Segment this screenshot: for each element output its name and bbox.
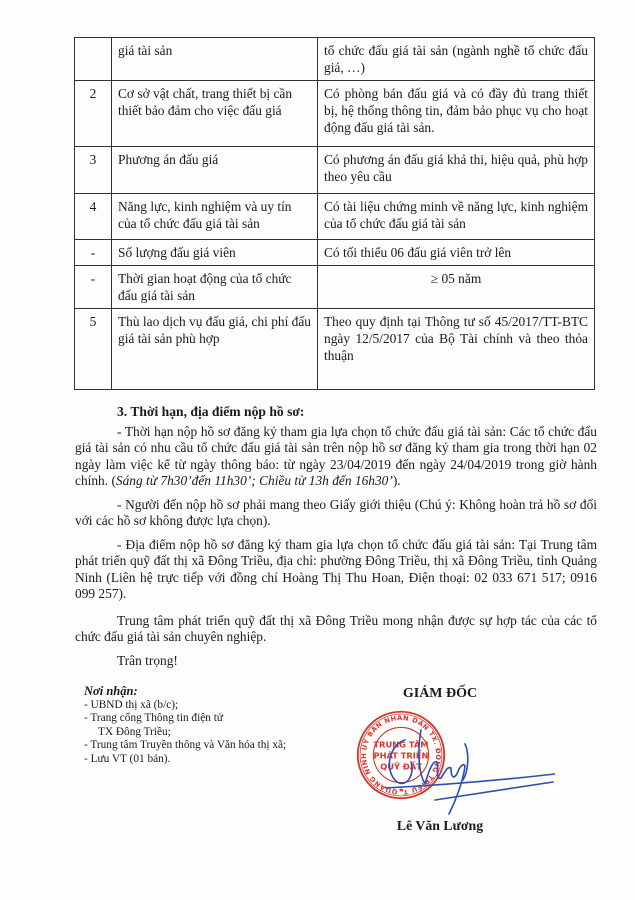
recipients-label: Nơi nhận: <box>84 685 344 699</box>
table-row: 2 Cơ sở vật chất, trang thiết bị cần thi… <box>75 81 595 147</box>
table-row: giá tài sản tổ chức đấu giá tài sản (ngà… <box>75 38 595 81</box>
table-row: - Thời gian hoạt động của tổ chức đấu gi… <box>75 266 595 309</box>
office-hours: Sáng từ 7h30’đến 11h30’; Chiều từ 13h đế… <box>116 473 393 488</box>
closing-text: Trân trọng! <box>75 653 597 670</box>
requirement-cell: Có tài liệu chứng minh về năng lực, kinh… <box>318 194 595 240</box>
table-row: - Số lượng đấu giá viên Có tối thiểu 06 … <box>75 240 595 266</box>
row-number: - <box>75 266 112 309</box>
table-row: 5 Thù lao dịch vụ đấu giá, chi phí đấu g… <box>75 309 595 390</box>
row-number <box>75 38 112 81</box>
criterion-cell: Phương án đấu giá <box>112 147 318 194</box>
row-number: - <box>75 240 112 266</box>
requirement-cell: Có phòng bán đấu giá và có đầy đủ trang … <box>318 81 595 147</box>
recipient-item: - Trang cổng Thông tin điện tử <box>84 712 344 726</box>
criterion-cell: Cơ sở vật chất, trang thiết bị cần thiết… <box>112 81 318 147</box>
deadline-paragraph: - Thời hạn nộp hồ sơ đăng ký tham gia lự… <box>75 424 597 490</box>
signer-name: Lê Văn Lương <box>370 818 510 834</box>
section-heading: 3. Thời hạn, địa điểm nộp hồ sơ: <box>117 404 597 421</box>
table-row: 4 Năng lực, kinh nghiệm và uy tín của tổ… <box>75 194 595 240</box>
criterion-cell: Thời gian hoạt động của tổ chức đấu giá … <box>112 266 318 309</box>
requirement-cell: Có phương án đấu giá khả thi, hiệu quả, … <box>318 147 595 194</box>
criterion-cell: Số lượng đấu giá viên <box>112 240 318 266</box>
location-paragraph: - Địa điểm nộp hồ sơ đăng ký tham gia lự… <box>75 537 597 603</box>
row-number: 2 <box>75 81 112 147</box>
signature-icon <box>385 722 555 822</box>
criteria-table: giá tài sản tổ chức đấu giá tài sản (ngà… <box>74 37 595 390</box>
signer-title: GIÁM ĐỐC <box>380 686 500 702</box>
requirement-cell: ≥ 05 năm <box>318 266 595 309</box>
recipient-item: TX Đông Triều; <box>84 726 344 740</box>
cooperation-paragraph: Trung tâm phát triển quỹ đất thị xã Đông… <box>75 613 597 646</box>
table-row: 3 Phương án đấu giá Có phương án đấu giá… <box>75 147 595 194</box>
requirement-cell: Theo quy định tại Thông tư số 45/2017/TT… <box>318 309 595 390</box>
criterion-cell: giá tài sản <box>112 38 318 81</box>
recipients-block: Nơi nhận: - UBND thị xã (b/c); - Trang c… <box>84 685 344 767</box>
row-number: 4 <box>75 194 112 240</box>
requirement-cell: Có tối thiểu 06 đấu giá viên trở lên <box>318 240 595 266</box>
submission-section: 3. Thời hạn, địa điểm nộp hồ sơ: - Thời … <box>75 404 597 676</box>
row-number: 3 <box>75 147 112 194</box>
row-number: 5 <box>75 309 112 390</box>
recipient-item: - Trung tâm Truyền thông và Văn hóa thị … <box>84 739 344 753</box>
documents-paragraph: - Người đến nộp hồ sơ phải mang theo Giấ… <box>75 497 597 530</box>
criterion-cell: Thù lao dịch vụ đấu giá, chi phí đấu giá… <box>112 309 318 390</box>
recipient-item: - Lưu VT (01 bản). <box>84 753 344 767</box>
requirement-cell: tổ chức đấu giá tài sản (ngành nghề tổ c… <box>318 38 595 81</box>
recipient-item: - UBND thị xã (b/c); <box>84 699 344 713</box>
criterion-cell: Năng lực, kinh nghiệm và uy tín của tổ c… <box>112 194 318 240</box>
document-page: giá tài sản tổ chức đấu giá tài sản (ngà… <box>0 0 635 900</box>
